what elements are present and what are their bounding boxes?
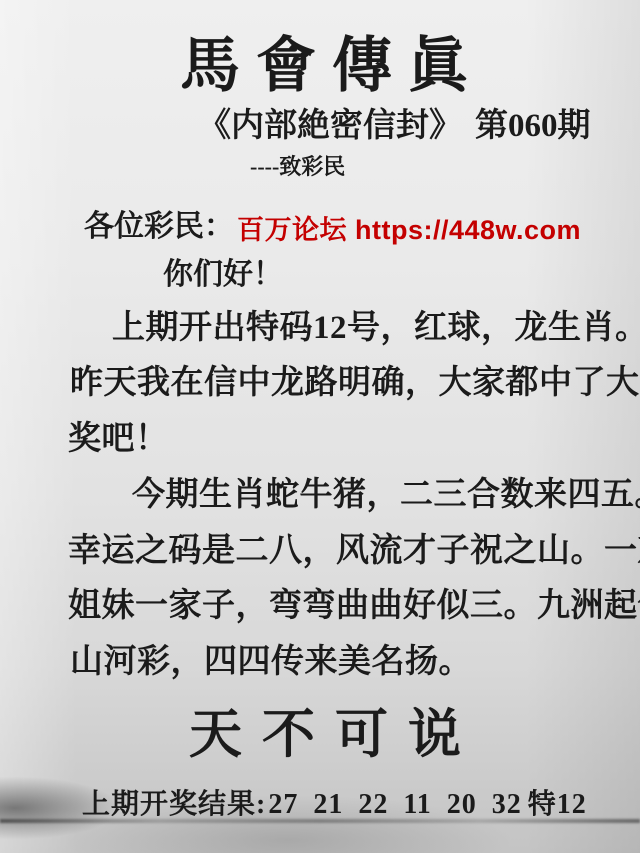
page-title: 馬會傳眞 (0, 18, 640, 104)
greeting: 你们好！ (163, 249, 283, 293)
paragraph2-line2: 幸运之码是二八，风流才子祝之山。一对 (68, 524, 640, 571)
previous-result-line: 上期开奖结果:27 21 22 11 20 32特12 (82, 782, 587, 822)
watermark-link: 百万论坛 https://448w.com (237, 208, 581, 247)
paragraph1-line1: 上期开出特码12号，红球，龙生肖。 (112, 301, 640, 348)
paragraph2-line3: 姐妹一家子，弯弯曲曲好似三。九洲起色 (68, 579, 640, 626)
previous-result-label: 上期开奖结果: (82, 789, 266, 820)
fax-sheet: 馬會傳眞 《内部絶密信封》第060期 ----致彩民 各位彩民： 百万论坛 ht… (0, 0, 640, 853)
issue-number: 第060期 (475, 108, 591, 144)
paragraph1-line3: 奖吧！ (68, 412, 169, 459)
slogan: 天不可说 (0, 692, 640, 768)
subtitle-envelope-label: 《内部絶密信封》 (198, 108, 462, 144)
paragraph1-line2: 昨天我在信中龙路明确，大家都中了大 (70, 356, 640, 403)
subtitle: 《内部絶密信封》第060期 (198, 99, 591, 146)
paragraph2-line4: 山河彩，四四传来美名扬。 (70, 635, 472, 682)
paper-bottom-edge (0, 819, 640, 823)
special-number: 特12 (528, 789, 587, 820)
dedication: ----致彩民 (250, 150, 345, 181)
salutation: 各位彩民： (84, 201, 234, 245)
paragraph2-line1: 今期生肖蛇牛猪，二三合数来四五。 (132, 468, 640, 515)
previous-result-numbers: 27 21 22 11 20 32 (268, 789, 521, 820)
